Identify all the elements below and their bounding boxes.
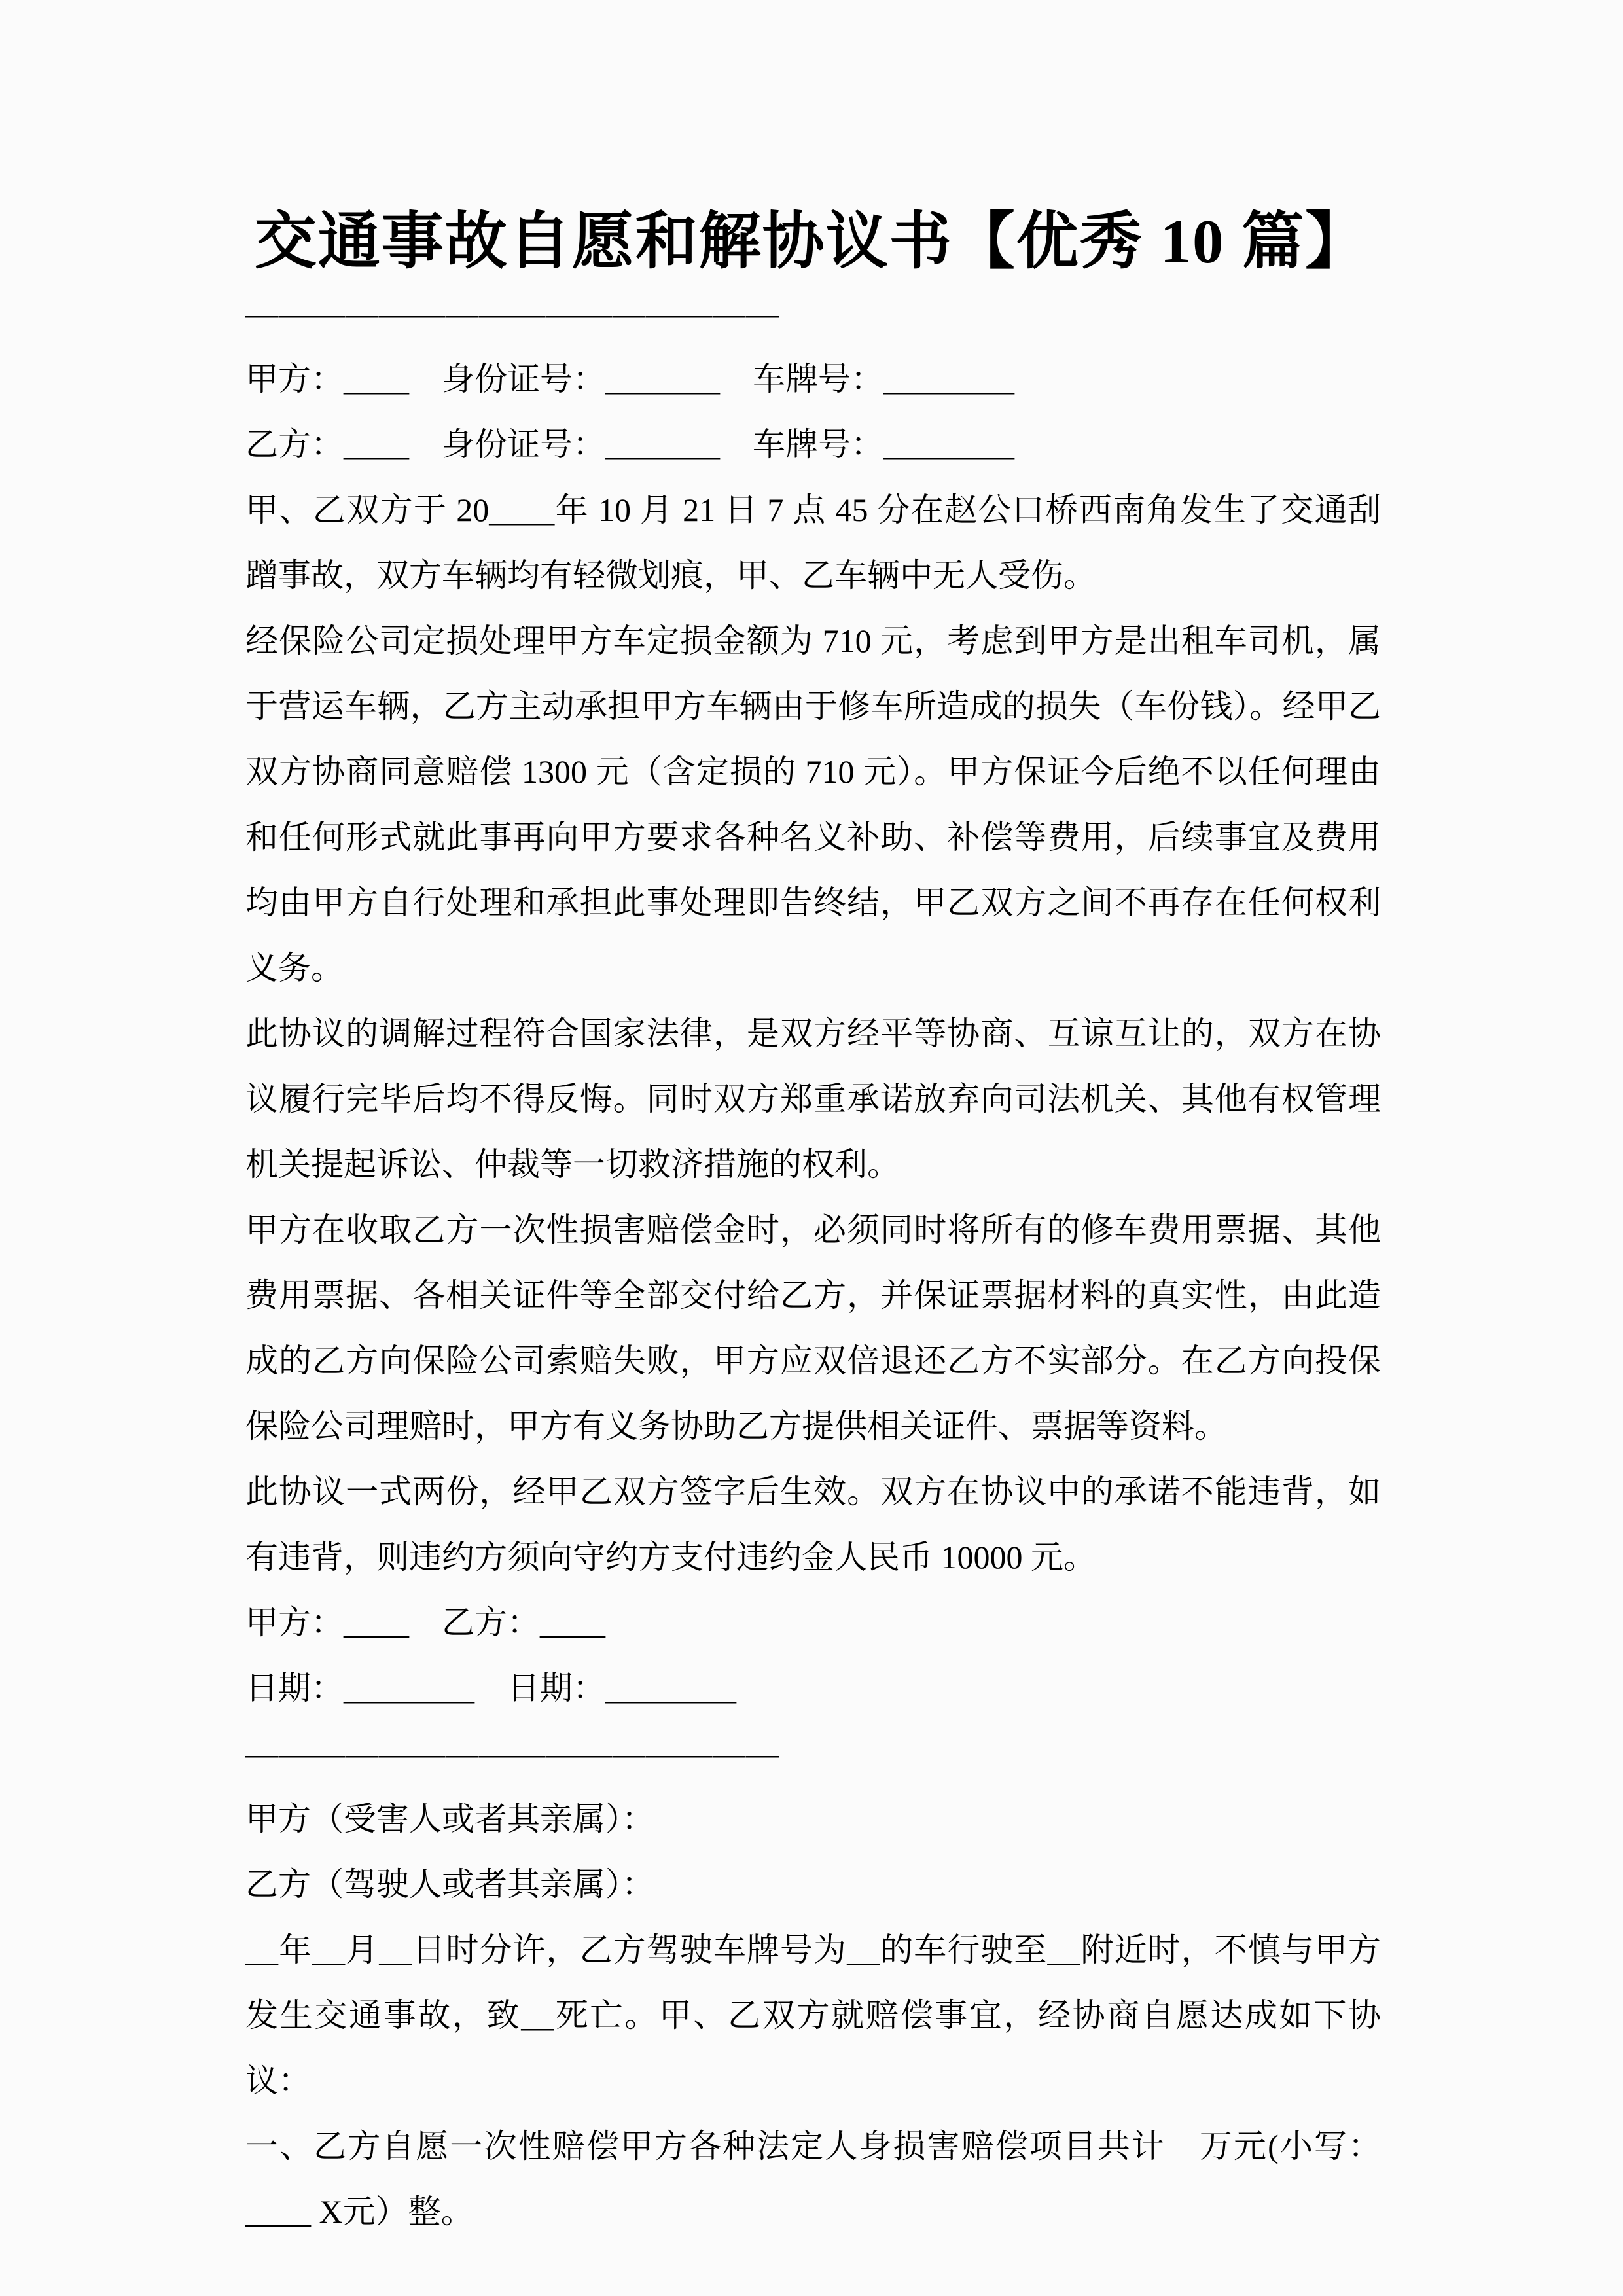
- party-a-info-line: 甲方：____ 身份证号：_______ 车牌号：________: [245, 346, 1381, 412]
- divider-line-top: ————————————————: [245, 281, 1381, 346]
- date-line: 日期：________ 日期：________: [245, 1655, 1381, 1721]
- paragraph-accident-description: 甲、乙双方于 20____年 10 月 21 日 7 点 45 分在赵公口桥西南…: [245, 477, 1381, 608]
- party-b-info-line: 乙方：____ 身份证号：_______ 车牌号：________: [245, 412, 1381, 477]
- document-page: 交通事故自愿和解协议书【优秀 10 篇】 ———————————————— 甲方…: [0, 0, 1623, 2296]
- paragraph-duplicate-copies-penalty: 此协议一式两份，经甲乙双方签字后生效。双方在协议中的承诺不能违背，如有违背，则违…: [245, 1459, 1381, 1590]
- paragraph-receipts-handover: 甲方在收取乙方一次性损害赔偿金时，必须同时将所有的修车费用票据、其他费用票据、各…: [245, 1197, 1381, 1459]
- document-body: ———————————————— 甲方：____ 身份证号：_______ 车牌…: [245, 281, 1381, 2244]
- paragraph-mediation-legality: 此协议的调解过程符合国家法律，是双方经平等协商、互谅互让的，双方在协议履行完毕后…: [245, 1001, 1381, 1197]
- divider-line-middle: ————————————————: [245, 1721, 1381, 1786]
- party-a-role-line: 甲方（受害人或者其亲属）：: [245, 1786, 1381, 1852]
- document-title: 交通事故自愿和解协议书【优秀 10 篇】: [0, 0, 1623, 281]
- party-b-role-line: 乙方（驾驶人或者其亲属）：: [245, 1852, 1381, 1917]
- paragraph-accident-statement: __年__月__日时分许，乙方驾驶车牌号为__的车行驶至__附近时，不慎与甲方发…: [245, 1917, 1381, 2113]
- signature-line: 甲方：____ 乙方：____: [245, 1590, 1381, 1655]
- paragraph-compensation-item-one: 一、乙方自愿一次性赔偿甲方各种法定人身损害赔偿项目共计 万元(小写：____ X…: [245, 2113, 1381, 2244]
- paragraph-insurance-compensation: 经保险公司定损处理甲方车定损金额为 710 元，考虑到甲方是出租车司机，属于营运…: [245, 608, 1381, 1001]
